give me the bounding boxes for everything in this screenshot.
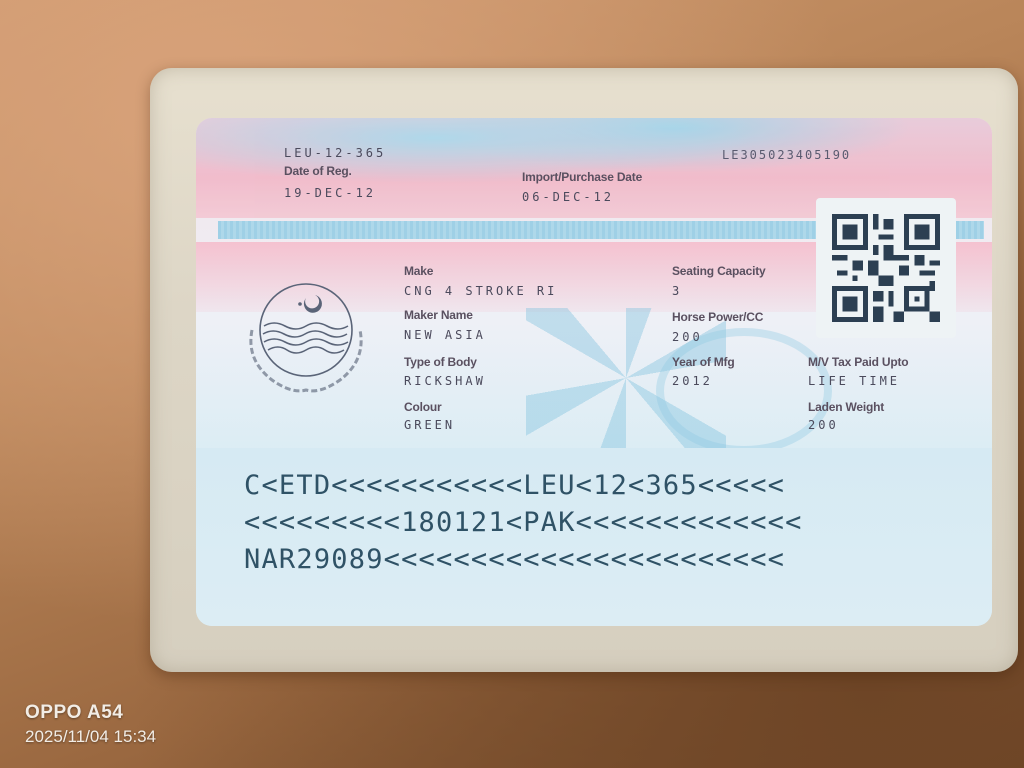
laden-weight-value: 200 [808,418,839,432]
maker-name-value: NEW ASIA [404,328,486,342]
year-of-mfg-value: 2012 [672,374,713,388]
horse-power-value: 200 [672,330,703,344]
registration-number: LEU-12-365 [284,146,386,160]
maker-name-label: Maker Name [404,308,473,322]
tax-paid-value: LIFE TIME [808,374,900,388]
chassis-number: LE305023405190 [722,148,851,162]
type-of-body-label: Type of Body [404,355,477,369]
mrz-line-3: NAR29089<<<<<<<<<<<<<<<<<<<<<<< [244,544,785,575]
guilloche-wave-pattern [656,328,832,454]
punjab-emblem-icon [238,278,374,398]
vehicle-registration-card: LEU-12-365 LE305023405190 Date of Reg. 1… [196,118,992,626]
date-of-reg-label: Date of Reg. [284,164,352,178]
seating-capacity-label: Seating Capacity [672,264,766,278]
import-date-value: 06-DEC-12 [522,190,614,204]
camera-watermark-timestamp: 2025/11/04 15:34 [25,727,156,747]
type-of-body-value: RICKSHAW [404,374,486,388]
make-label: Make [404,264,433,278]
make-value: CNG 4 STROKE RI [404,284,557,298]
tax-paid-label: M/V Tax Paid Upto [808,355,908,369]
colour-value: GREEN [404,418,455,432]
camera-watermark-device: OPPO A54 [25,702,123,724]
seating-capacity-value: 3 [672,284,682,298]
horse-power-label: Horse Power/CC [672,310,763,324]
colour-label: Colour [404,400,441,414]
qr-code-icon [832,214,940,322]
year-of-mfg-label: Year of Mfg [672,355,734,369]
import-date-label: Import/Purchase Date [522,170,642,184]
date-of-reg-value: 19-DEC-12 [284,186,376,200]
mrz-line-2: <<<<<<<<<180121<PAK<<<<<<<<<<<<< [244,507,803,538]
mrz-line-1: C<ETD<<<<<<<<<<<LEU<12<365<<<<< [244,470,785,501]
laden-weight-label: Laden Weight [808,400,884,414]
